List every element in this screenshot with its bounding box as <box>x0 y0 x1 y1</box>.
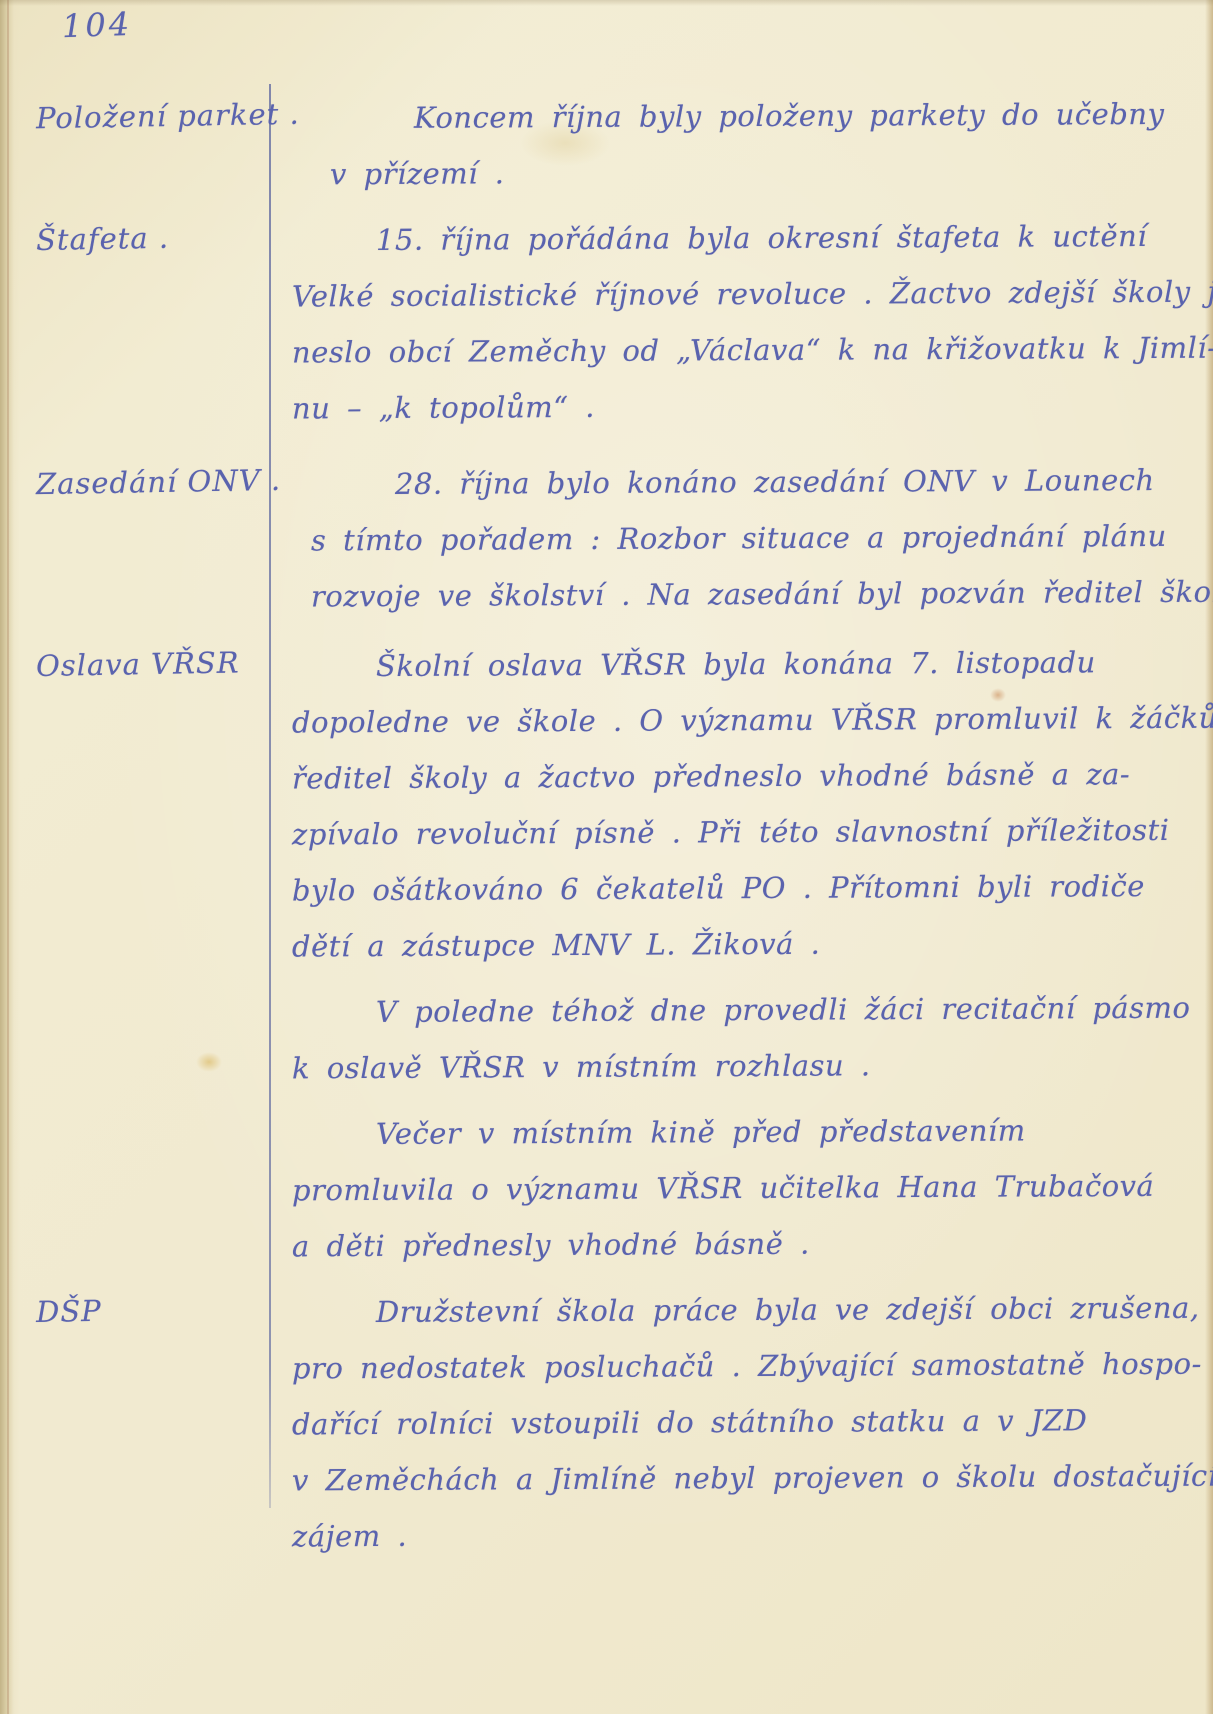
text-line: ředitel školy a žactvo předneslo vhodné … <box>292 746 1213 807</box>
text-line: pro nedostatek posluchačů . Zbývající sa… <box>292 1336 1213 1397</box>
text-line: dětí a zástupce MNV L. Žiková . <box>292 914 1213 975</box>
text-line: 15. října pořádána byla okresní štafeta … <box>292 208 1213 269</box>
margin-column: Oslava VŘSR <box>0 636 270 692</box>
text-line: zpívalo revoluční písně . Při této slavn… <box>292 802 1213 863</box>
page-top-edge <box>0 0 1213 6</box>
text-line: Koncem října byly položeny parkety do uč… <box>330 86 1188 146</box>
text-line: k oslavě VŘSR v místním rozhlasu . <box>292 1036 1191 1097</box>
text-line: neslo obcí Zeměchy od „Václava“ k na kři… <box>292 320 1213 381</box>
section-body: Družstevní škola práce byla ve zdejší ob… <box>270 1282 1213 1562</box>
chronicle-section: Štafeta . 15. října pořádána byla okresn… <box>0 210 1213 434</box>
text-line: v přízemí . <box>330 142 1188 202</box>
margin-note: Štafeta . <box>36 208 263 268</box>
margin-column: DŠP <box>0 1282 270 1338</box>
margin-note: DŠP <box>36 1280 263 1340</box>
section-body: Školní oslava VŘSR byla konána 7. listop… <box>270 636 1213 972</box>
section-body: Večer v místním kině před představenímpr… <box>270 1104 1213 1272</box>
section-body: Koncem října byly položeny parkety do uč… <box>308 88 1213 200</box>
text-line: a děti přednesly vhodné básně . <box>292 1214 1187 1275</box>
text-line: rozvoje ve školství . Na zasedání byl po… <box>311 564 1213 625</box>
margin-note <box>36 980 262 984</box>
text-line: Školní oslava VŘSR byla konána 7. listop… <box>292 634 1213 695</box>
margin-column: Položení parket . <box>0 88 308 144</box>
text-line: dopoledne ve škole . O významu VŘSR prom… <box>292 690 1213 751</box>
margin-column: Štafeta . <box>0 210 270 266</box>
page-number: 104 <box>61 5 132 45</box>
page-content: Položení parket . Koncem října byly polo… <box>0 88 1213 1562</box>
chronicle-section: Oslava VŘSR Školní oslava VŘSR byla koná… <box>0 636 1213 972</box>
section-body: 28. října bylo konáno zasedání ONV v Lou… <box>289 454 1213 622</box>
chronicle-page: 104 Položení parket . Koncem října byly … <box>0 0 1213 1714</box>
chronicle-section: V poledne téhož dne provedli žáci recita… <box>0 982 1213 1094</box>
text-line: Večer v místním kině před představením <box>292 1102 1187 1163</box>
text-line: V poledne téhož dne provedli žáci recita… <box>292 980 1191 1041</box>
text-line: promluvila o významu VŘSR učitelka Hana … <box>292 1158 1187 1219</box>
text-line: 28. října bylo konáno zasedání ONV v Lou… <box>311 452 1213 513</box>
margin-note: Zasedání ONV . <box>36 452 282 512</box>
margin-note: Oslava VŘSR <box>36 634 263 694</box>
text-line: Družstevní škola práce byla ve zdejší ob… <box>292 1280 1213 1341</box>
margin-column: Zasedání ONV . <box>0 454 289 510</box>
chronicle-section: DŠP Družstevní škola práce byla ve zdejš… <box>0 1282 1213 1562</box>
text-line: zájem . <box>292 1504 1213 1565</box>
section-body: V poledne téhož dne provedli žáci recita… <box>270 982 1213 1094</box>
section-body: 15. října pořádána byla okresní štafeta … <box>270 210 1213 434</box>
chronicle-section: Zasedání ONV . 28. října bylo konáno zas… <box>0 454 1213 622</box>
chronicle-section: Položení parket . Koncem října byly polo… <box>0 88 1213 200</box>
text-line: s tímto pořadem : Rozbor situace a proje… <box>311 508 1213 569</box>
text-line: v Zeměchách a Jimlíně nebyl projeven o š… <box>292 1448 1213 1509</box>
text-line: dařící rolníci vstoupili do státního sta… <box>292 1392 1213 1453</box>
margin-note: Položení parket . <box>36 86 301 147</box>
text-line: bylo ošátkováno 6 čekatelů PO . Přítomni… <box>292 858 1213 919</box>
text-line: Velké socialistické říjnové revoluce . Ž… <box>292 264 1213 325</box>
text-line: nu – „k topolům“ . <box>292 376 1213 437</box>
chronicle-section: Večer v místním kině před představenímpr… <box>0 1104 1213 1272</box>
margin-note <box>36 1102 262 1106</box>
